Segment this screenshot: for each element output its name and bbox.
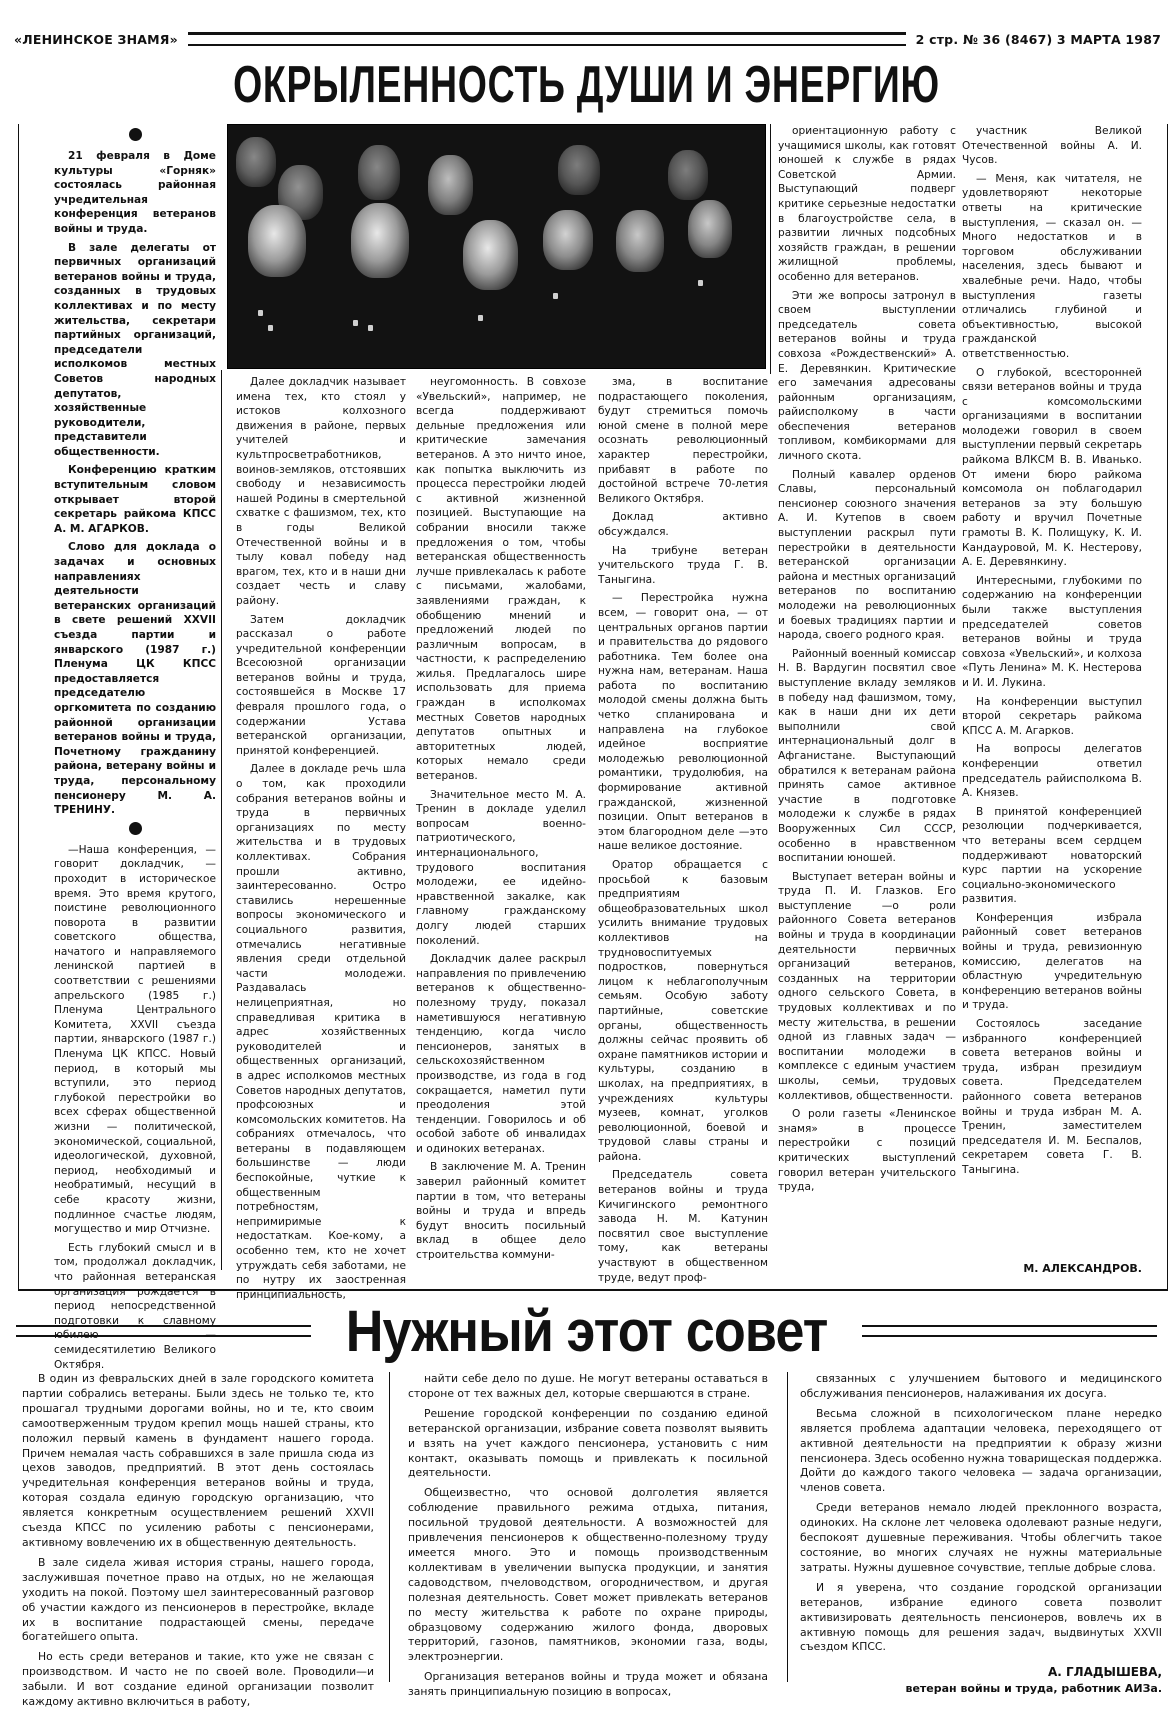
paragraph: Председатель совета ветеранов войны и тр…	[598, 1168, 768, 1285]
photo-medal	[353, 320, 358, 326]
paragraph: —Наша конференция, — говорит докладчик, …	[54, 843, 216, 1237]
photo-medal	[698, 280, 703, 286]
paragraph: Полный кавалер орденов Славы, персональн…	[778, 468, 956, 643]
paragraph: На вопросы делегатов конференции ответил…	[962, 742, 1142, 800]
bullet-icon	[129, 128, 142, 141]
masthead: «ЛЕНИНСКОЕ ЗНАМЯ» 2 стр. № 36 (8467) 3 М…	[14, 30, 1161, 48]
photo-medal	[368, 325, 373, 331]
paragraph: — Меня, как читателя, не удовлетворяют н…	[962, 172, 1142, 362]
photo-face	[688, 200, 732, 258]
article1-column-6: участник Великой Отечественной войны А. …	[962, 124, 1142, 1182]
article2-column-2: найти себе дело по душе. Не могут ветера…	[408, 1372, 768, 1705]
paragraph: Весьма сложной в психологическом плане н…	[800, 1407, 1162, 1496]
photo-face	[463, 220, 518, 290]
paragraph: — Перестройка нужна всем, — говорит она,…	[598, 591, 768, 854]
paragraph: В принятой конференцией резолюции подчер…	[962, 805, 1142, 907]
paragraph: Докладчик далее раскрыл направления по п…	[416, 952, 586, 1156]
paragraph: Оратор обращается с просьбой к базовым п…	[598, 858, 768, 1164]
photo-face	[668, 150, 708, 200]
bullet-icon	[129, 822, 142, 835]
paragraph: связанных с улучшением бытового и медици…	[800, 1372, 1162, 1402]
paragraph: Далее докладчик называет имена тех, кто …	[236, 375, 406, 609]
paragraph: ориентационную работу с учащимися школы,…	[778, 124, 956, 285]
photo-face	[248, 205, 306, 277]
masthead-rule	[188, 32, 906, 46]
paragraph: Районный военный комиссар Н. В. Вардугин…	[778, 647, 956, 866]
paragraph: Выступает ветеран войны и труда П. И. Гл…	[778, 870, 956, 1104]
lead-paragraph: 21 февраля в Доме культуры «Горняк» сост…	[54, 149, 216, 237]
paragraph: Эти же вопросы затронул в своем выступле…	[778, 289, 956, 464]
paragraph: О роли газеты «Ленинское знамя» в процес…	[778, 1107, 956, 1195]
headline-rule	[16, 1325, 311, 1337]
article2-header: Нужный этот совет	[0, 1296, 1173, 1366]
photo-medal	[478, 315, 483, 321]
photo-face	[236, 137, 276, 187]
photo-face	[428, 155, 473, 215]
lead-paragraph: В зале делегаты от первичных организаций…	[54, 241, 216, 460]
photo-face	[543, 210, 593, 270]
headline-rule	[862, 1325, 1157, 1337]
lead-paragraph: Слово для доклада о задачах и основных н…	[54, 540, 216, 817]
newspaper-name: «ЛЕНИНСКОЕ ЗНАМЯ»	[14, 32, 178, 47]
article1-lead: 21 февраля в Доме культуры «Горняк» сост…	[54, 149, 216, 818]
paragraph: Среди ветеранов немало людей преклонного…	[800, 1501, 1162, 1576]
paragraph: Интересными, глубокими по содержанию на …	[962, 574, 1142, 691]
paragraph: На конференции выступил второй секретарь…	[962, 695, 1142, 739]
paragraph: В один из февральских дней в зале городс…	[22, 1372, 374, 1551]
article2-column-1: В один из февральских дней в зале городс…	[22, 1372, 374, 1715]
article2-author-title: ветеран войны и труда, работник АИЗа.	[800, 1682, 1162, 1695]
paragraph: И я уверена, что создание городской орга…	[800, 1581, 1162, 1656]
paragraph: Конференция избрала районный совет ветер…	[962, 911, 1142, 1013]
article1-column-4: зма, в воспитание подрастающего поколени…	[598, 375, 768, 1289]
paragraph: На трибуне ветеран учительского труда Г.…	[598, 544, 768, 588]
paragraph: Но есть среди ветеранов и такие, кто уже…	[22, 1650, 374, 1710]
photo-face	[558, 145, 600, 195]
paragraph: Затем докладчик рассказал о работе учред…	[236, 613, 406, 759]
paragraph: В заключение М. А. Тренин заверил районн…	[416, 1160, 586, 1262]
veterans-photo	[227, 124, 766, 369]
photo-medal	[268, 325, 273, 331]
column-divider	[221, 370, 222, 1270]
paragraph: Решение городской конференции по создани…	[408, 1407, 768, 1482]
article2-column-3: связанных с улучшением бытового и медици…	[800, 1372, 1162, 1660]
column-divider	[389, 1372, 390, 1682]
article1-author: М. АЛЕКСАНДРОВ.	[962, 1262, 1142, 1275]
paragraph: В зале сидела живая история страны, наше…	[22, 1556, 374, 1645]
paragraph: Организация ветеранов войны и труда може…	[408, 1670, 768, 1700]
photo-medal	[258, 310, 263, 316]
article1-column-2: Далее докладчик называет имена тех, кто …	[236, 375, 406, 1306]
column-divider	[787, 1372, 788, 1682]
photo-face	[358, 145, 400, 200]
paragraph: участник Великой Отечественной войны А. …	[962, 124, 1142, 168]
photo-medal	[553, 293, 558, 299]
paragraph: Значительное место М. А. Тренин в доклад…	[416, 788, 586, 949]
article2-headline: Нужный этот совет	[346, 1298, 828, 1365]
paragraph: неугомонность. В совхозе «Увельский», на…	[416, 375, 586, 784]
issue-info: 2 стр. № 36 (8467) 3 МАРТА 1987	[916, 32, 1161, 47]
paragraph: О глубокой, всесторонней связи ветеранов…	[962, 366, 1142, 570]
paragraph: зма, в воспитание подрастающего поколени…	[598, 375, 768, 506]
article2-author-name: А. ГЛАДЫШЕВА,	[800, 1665, 1162, 1679]
paragraph: найти себе дело по душе. Не могут ветера…	[408, 1372, 768, 1402]
article1-column-3: неугомонность. В совхозе «Увельский», на…	[416, 375, 586, 1267]
paragraph: Доклад активно обсуждался.	[598, 510, 768, 539]
paragraph: Состоялось заседание избранного конферен…	[962, 1017, 1142, 1178]
photo-face	[351, 203, 409, 278]
lead-paragraph: Конференцию кратким вступительным словом…	[54, 463, 216, 536]
article1-column-1: 21 февраля в Доме культуры «Горняк» сост…	[54, 124, 216, 1376]
photo-face	[616, 210, 664, 272]
article1-column-5: ориентационную работу с учащимися школы,…	[778, 124, 956, 1199]
column-divider	[770, 124, 771, 374]
paragraph: Общеизвестно, что основой долголетия явл…	[408, 1486, 768, 1665]
paragraph: Далее в докладе речь шла о том, как прох…	[236, 762, 406, 1302]
